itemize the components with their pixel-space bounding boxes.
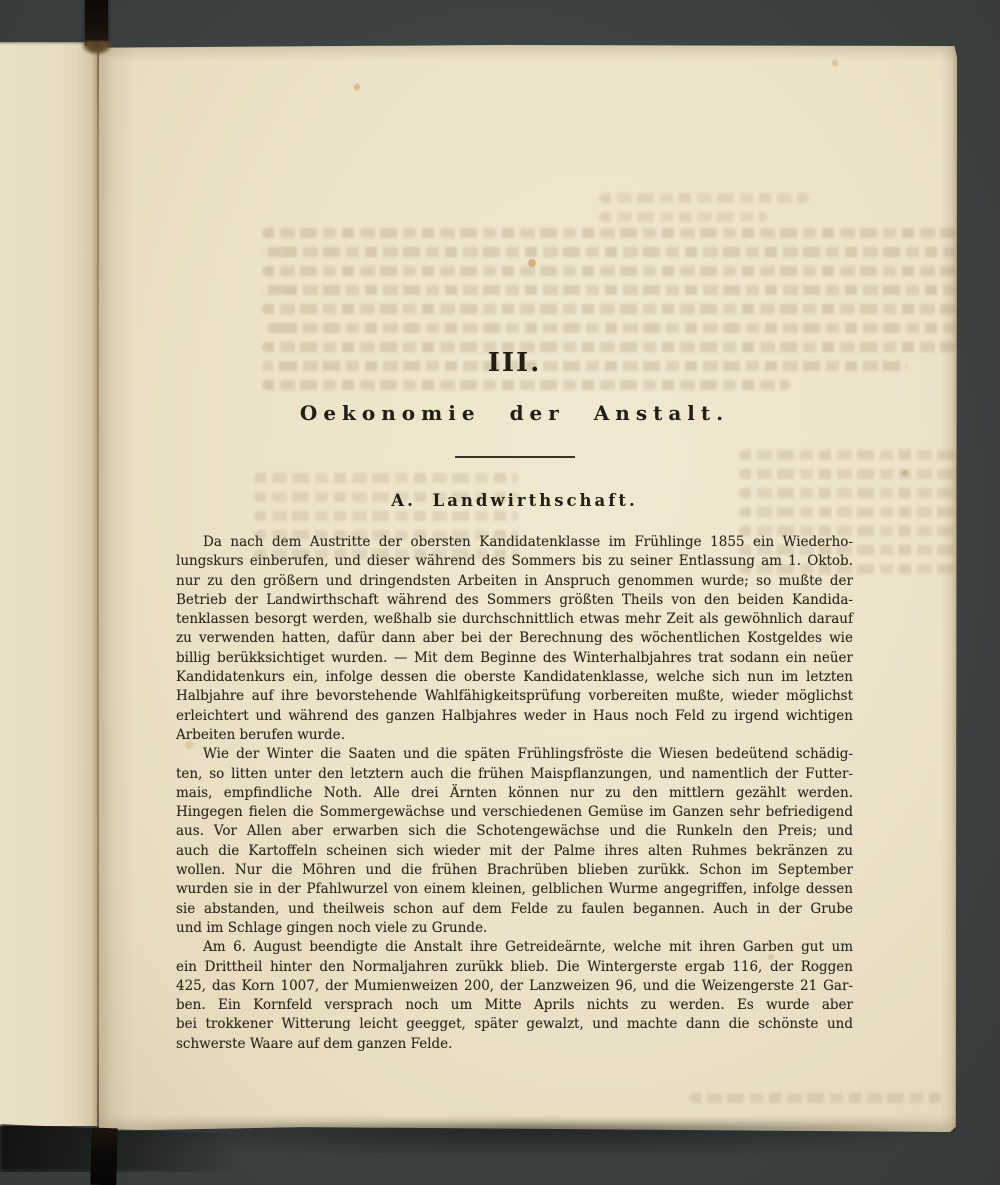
- book-page: III. Oekonomie der Anstalt. A. Landwirth…: [99, 45, 957, 1132]
- text-line: ein Drittheil hinter den Normaljahren zu…: [176, 958, 853, 977]
- body-text: Da nach dem Austritte der obersten Kandi…: [176, 533, 853, 1054]
- facing-page-edge: [0, 42, 99, 1126]
- text-line: mais, empfindliche Noth. Alle drei Ärnte…: [176, 784, 853, 803]
- text-line: auch die Kartoffeln scheinen sich wieder…: [176, 842, 853, 861]
- text-line: tenklassen besorgt werden, weßhalb sie d…: [176, 610, 853, 629]
- text-line: Arbeiten berufen wurde.: [176, 726, 853, 745]
- section-heading: A. Landwirthschaft.: [176, 491, 853, 510]
- text-line: und im Schlage gingen noch viele zu Grun…: [176, 919, 853, 938]
- text-line: Wie der Winter die Saaten und die späten…: [176, 745, 853, 764]
- text-line: bei trokkener Witterung leicht geegget, …: [176, 1015, 853, 1034]
- text-line: Halbjahre auf ihre bevorstehende Wahlfäh…: [176, 687, 853, 706]
- text-line: Hingegen fielen die Sommergewächse und v…: [176, 803, 853, 822]
- section-divider: [455, 456, 575, 458]
- printed-content: III. Oekonomie der Anstalt. A. Landwirth…: [99, 45, 957, 1132]
- text-line: lungskurs einberufen, und dieser während…: [176, 552, 853, 571]
- text-line: 425, das Korn 1007, der Mumienweizen 200…: [176, 977, 853, 996]
- text-line: Betrieb der Landwirthschaft während des …: [176, 591, 853, 610]
- text-line: aus. Vor Allen aber erwarben sich die Sc…: [176, 822, 853, 841]
- bookmark-ribbon-bottom: [90, 1128, 117, 1185]
- text-line: billig berükksichtiget wurden. — Mit dem…: [176, 649, 853, 668]
- bookmark-ribbon-top: [85, 0, 108, 46]
- text-line: schwerste Waare auf dem ganzen Felde.: [176, 1035, 853, 1054]
- chapter-number: III.: [176, 348, 853, 378]
- text-line: erleichtert und während des ganzen Halbj…: [176, 707, 853, 726]
- text-line: ben. Ein Kornfeld versprach noch um Mitt…: [176, 996, 853, 1015]
- text-line: wurden sie in der Pfahlwurzel von einem …: [176, 880, 853, 899]
- text-line: zu verwenden hatten, dafür dann aber bei…: [176, 629, 853, 648]
- text-line: Am 6. August beendigte die Anstalt ihre …: [176, 938, 853, 957]
- scanned-book-photo: { "page": { "chapter_number": "III.", "c…: [0, 0, 1000, 1185]
- text-line: sie abstanden, und theilweis schon auf d…: [176, 900, 853, 919]
- text-line: Da nach dem Austritte der obersten Kandi…: [176, 533, 853, 552]
- text-line: ten, so litten unter den letztern auch d…: [176, 765, 853, 784]
- text-line: wollen. Nur die Möhren und die frühen Br…: [176, 861, 853, 880]
- chapter-title: Oekonomie der Anstalt.: [176, 401, 853, 425]
- text-line: nur zu den größern und dringendsten Arbe…: [176, 572, 853, 591]
- text-line: Kandidatenkurs ein, infolge dessen die o…: [176, 668, 853, 687]
